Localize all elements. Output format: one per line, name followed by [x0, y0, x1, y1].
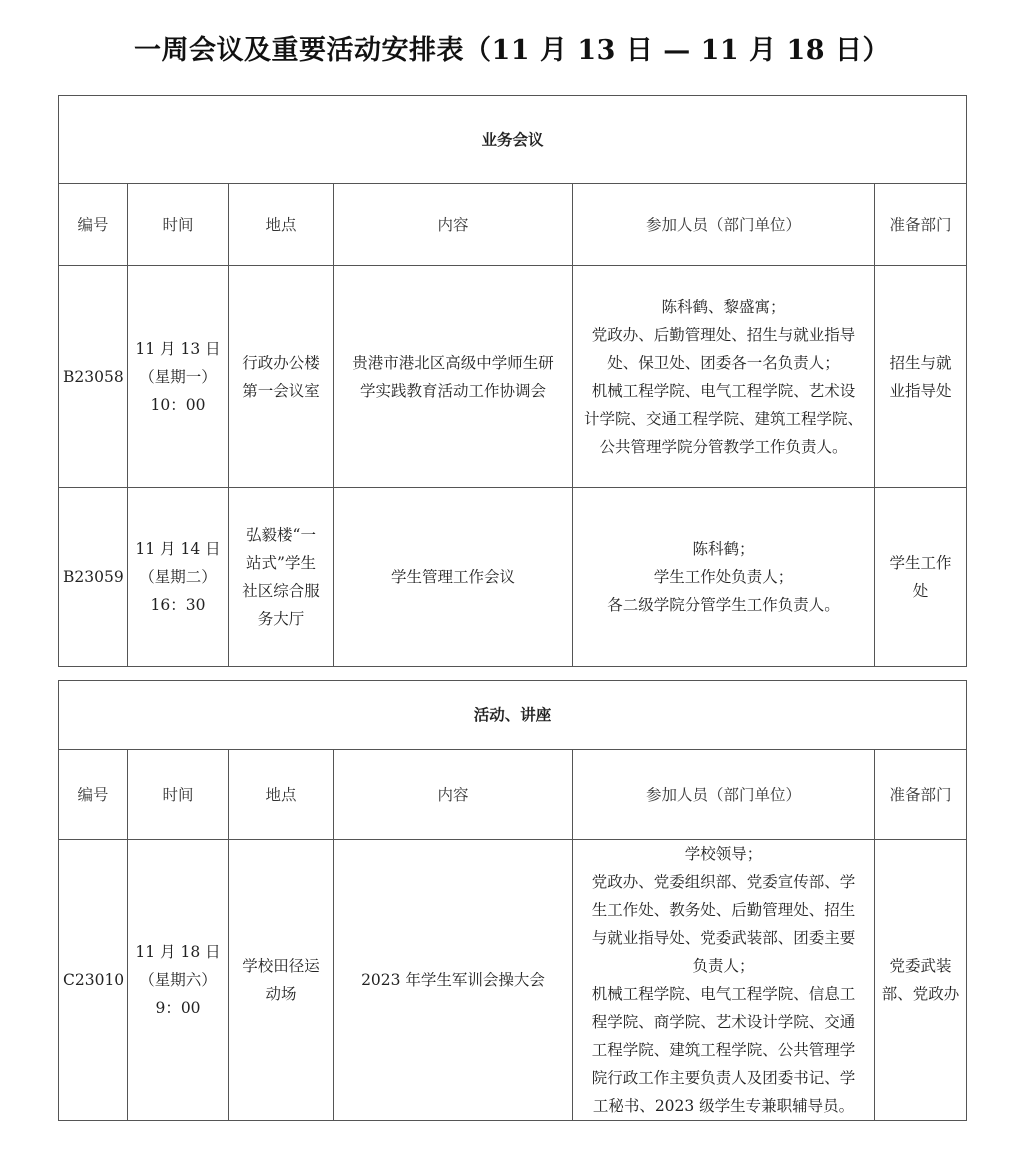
table-row: B23059 11 月 14 日 （星期二） 16：30 弘毅楼“一 站式”学生…: [59, 488, 967, 667]
col-header-organizer: 准备部门: [875, 184, 967, 266]
col-header-location: 地点: [229, 750, 334, 840]
column-header-row: 编号 时间 地点 内容 参加人员（部门单位） 准备部门: [59, 750, 967, 840]
cell-time: 11 月 13 日 （星期一） 10：00: [128, 266, 229, 488]
document-title: 一周会议及重要活动安排表（11 月 13 日 — 11 月 18 日）: [0, 28, 1024, 67]
col-header-attendees: 参加人员（部门单位）: [573, 184, 875, 266]
activities-lectures-table: 活动、讲座 编号 时间 地点 内容 参加人员（部门单位） 准备部门 C23010…: [58, 680, 967, 1121]
cell-id: B23058: [59, 266, 128, 488]
cell-attendees: 陈科鹤； 学生工作处负责人； 各二级学院分管学生工作负责人。: [573, 488, 875, 667]
col-header-attendees: 参加人员（部门单位）: [573, 750, 875, 840]
section-title: 业务会议: [59, 96, 967, 184]
cell-content: 贵港市港北区高级中学师生研 学实践教育活动工作协调会: [334, 266, 573, 488]
cell-location: 行政办公楼 第一会议室: [229, 266, 334, 488]
section-title: 活动、讲座: [59, 681, 967, 750]
cell-organizer: 学生工作 处: [875, 488, 967, 667]
cell-content: 学生管理工作会议: [334, 488, 573, 667]
col-header-time: 时间: [128, 750, 229, 840]
col-header-content: 内容: [334, 184, 573, 266]
col-header-id: 编号: [59, 750, 128, 840]
cell-id: B23059: [59, 488, 128, 667]
business-meetings-table: 业务会议 编号 时间 地点 内容 参加人员（部门单位） 准备部门 B23058 …: [58, 95, 967, 667]
col-header-time: 时间: [128, 184, 229, 266]
column-header-row: 编号 时间 地点 内容 参加人员（部门单位） 准备部门: [59, 184, 967, 266]
cell-organizer: 党委武装 部、党政办: [875, 840, 967, 1121]
cell-location: 学校田径运 动场: [229, 840, 334, 1121]
col-header-content: 内容: [334, 750, 573, 840]
table-row: C23010 11 月 18 日 （星期六） 9：00 学校田径运 动场 202…: [59, 840, 967, 1121]
cell-attendees: 陈科鹤、黎盛寓； 党政办、后勤管理处、招生与就业指导 处、保卫处、团委各一名负责…: [573, 266, 875, 488]
cell-organizer: 招生与就 业指导处: [875, 266, 967, 488]
table-row: B23058 11 月 13 日 （星期一） 10：00 行政办公楼 第一会议室…: [59, 266, 967, 488]
col-header-location: 地点: [229, 184, 334, 266]
cell-time: 11 月 18 日 （星期六） 9：00: [128, 840, 229, 1121]
cell-location: 弘毅楼“一 站式”学生 社区综合服 务大厅: [229, 488, 334, 667]
cell-attendees: 学校领导； 党政办、党委组织部、党委宣传部、学 生工作处、教务处、后勤管理处、招…: [573, 840, 875, 1121]
cell-id: C23010: [59, 840, 128, 1121]
cell-content: 2023 年学生军训会操大会: [334, 840, 573, 1121]
cell-time: 11 月 14 日 （星期二） 16：30: [128, 488, 229, 667]
col-header-id: 编号: [59, 184, 128, 266]
col-header-organizer: 准备部门: [875, 750, 967, 840]
